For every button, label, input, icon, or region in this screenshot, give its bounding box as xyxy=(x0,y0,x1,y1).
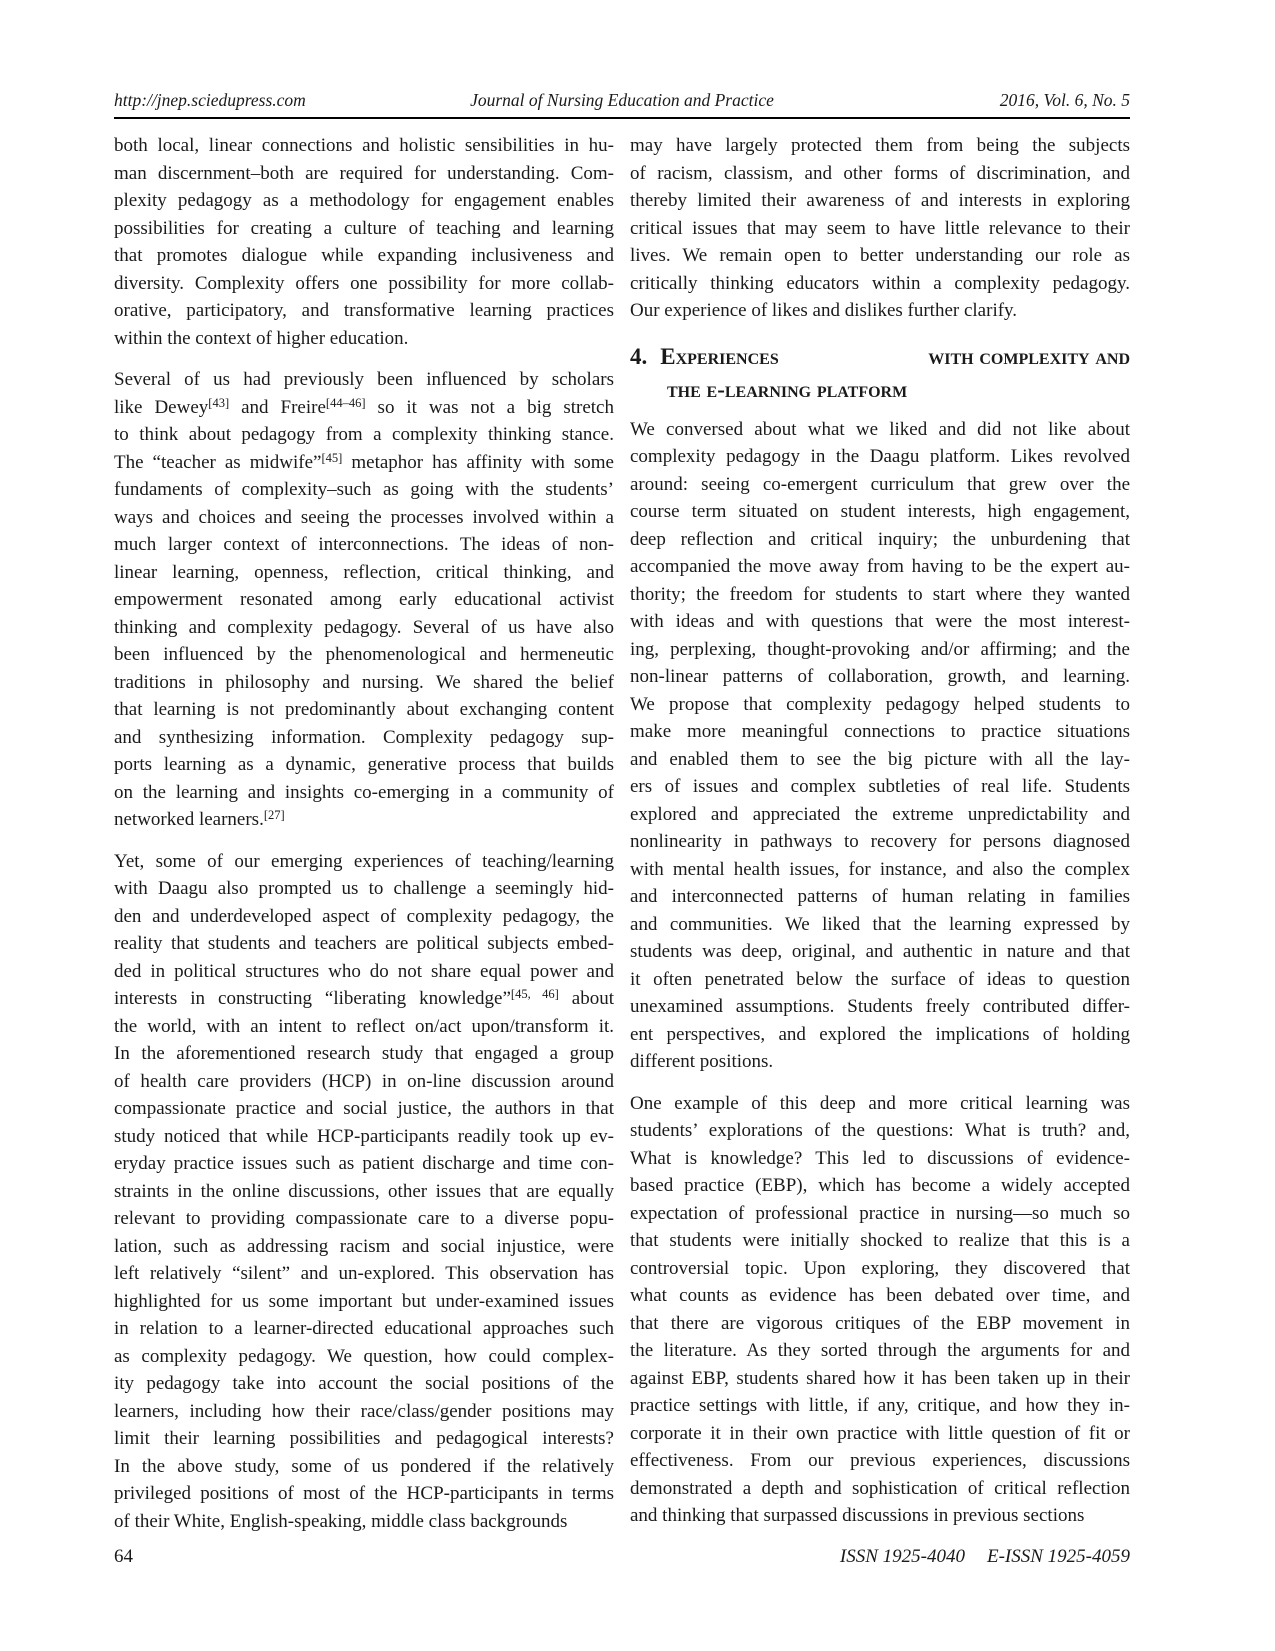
text-line: ing, perplexing, thought-provoking and/o… xyxy=(630,636,1130,664)
text-line: corporate it in their own practice with … xyxy=(630,1420,1130,1448)
column-right: may have largely protected them from bei… xyxy=(630,132,1130,1535)
footer-issn: ISSN 1925-4040 xyxy=(840,1546,965,1567)
text-line: to think about pedagogy from a complexit… xyxy=(114,421,614,449)
text-line: demonstrated a depth and sophistication … xyxy=(630,1475,1130,1503)
text-line: limit their learning possibilities and p… xyxy=(114,1425,614,1453)
text-line: We propose that complexity pedagogy help… xyxy=(630,691,1130,719)
paragraph: both local, linear connections and holis… xyxy=(114,132,614,352)
text-line: much larger context of interconnections.… xyxy=(114,531,614,559)
text-line: traditions in philosophy and nursing. We… xyxy=(114,669,614,697)
text-line: expectation of professional practice in … xyxy=(630,1200,1130,1228)
footer-eissn: E-ISSN 1925-4059 xyxy=(987,1546,1130,1567)
document-page: http://jnep.sciedupress.com Journal of N… xyxy=(0,0,1275,1651)
text-line: with ideas and with questions that were … xyxy=(630,608,1130,636)
text-line: interests in constructing “liberating kn… xyxy=(114,985,614,1013)
text-line: reality that students and teachers are p… xyxy=(114,930,614,958)
text-line: In the aforementioned research study tha… xyxy=(114,1040,614,1068)
paragraph: One example of this deep and more critic… xyxy=(630,1090,1130,1530)
text-line: controversial topic. Upon exploring, the… xyxy=(630,1255,1130,1283)
section-number: 4. xyxy=(630,340,647,373)
footer-issn-group: ISSN 1925-4040E-ISSN 1925-4059 xyxy=(840,1546,1130,1568)
text-line: within the context of higher education. xyxy=(114,325,614,353)
page-footer: 64 ISSN 1925-4040E-ISSN 1925-4059 xyxy=(114,1546,1130,1568)
text-line: based practice (EBP), which has become a… xyxy=(630,1172,1130,1200)
text-line: of racism, classism, and other forms of … xyxy=(630,160,1130,188)
text-line: den and underdeveloped aspect of complex… xyxy=(114,903,614,931)
text-line: study noticed that while HCP-participant… xyxy=(114,1123,614,1151)
text-line: that promotes dialogue while expanding i… xyxy=(114,242,614,270)
paragraph: Yet, some of our emerging experiences of… xyxy=(114,848,614,1536)
text-line: been influenced by the phenomenological … xyxy=(114,641,614,669)
text-line: The “teacher as midwife”[45] metaphor ha… xyxy=(114,449,614,477)
text-line: in relation to a learner-directed educat… xyxy=(114,1315,614,1343)
text-line: different positions. xyxy=(630,1048,1130,1076)
text-line: of health care providers (HCP) in on-lin… xyxy=(114,1068,614,1096)
text-line: that students were initially shocked to … xyxy=(630,1227,1130,1255)
text-line: make more meaningful connections to prac… xyxy=(630,718,1130,746)
text-line: nonlinearity in pathways to recovery for… xyxy=(630,828,1130,856)
text-line: and thinking that surpassed discussions … xyxy=(630,1502,1130,1530)
text-line: complexity pedagogy in the Daagu platfor… xyxy=(630,443,1130,471)
text-line: that learning is not predominantly about… xyxy=(114,696,614,724)
text-line: the literature. As they sorted through t… xyxy=(630,1337,1130,1365)
text-line: plexity pedagogy as a methodology for en… xyxy=(114,187,614,215)
text-line: students’ explorations of the questions:… xyxy=(630,1117,1130,1145)
section-title-start: Experiences xyxy=(660,340,778,373)
text-line: We conversed about what we liked and did… xyxy=(630,416,1130,444)
text-line: non-linear patterns of collaboration, gr… xyxy=(630,663,1130,691)
text-line: highlighted for us some important but un… xyxy=(114,1288,614,1316)
text-line: on the learning and insights co-emerging… xyxy=(114,779,614,807)
text-line: the world, with an intent to reflect on/… xyxy=(114,1013,614,1041)
section-title-rest: with complexity and xyxy=(928,340,1130,373)
text-line: What is knowledge? This led to discussio… xyxy=(630,1145,1130,1173)
text-line: unexamined assumptions. Students freely … xyxy=(630,993,1130,1021)
text-line: learners, including how their race/class… xyxy=(114,1398,614,1426)
text-line: In the above study, some of us pondered … xyxy=(114,1453,614,1481)
paragraph: Several of us had previously been influe… xyxy=(114,366,614,834)
section-heading: 4.Experienceswith complexity andthe e-le… xyxy=(630,340,1130,406)
page-header: http://jnep.sciedupress.com Journal of N… xyxy=(114,0,1130,110)
header-journal-name: Journal of Nursing Education and Practic… xyxy=(470,90,774,110)
header-issue-info: 2016, Vol. 6, No. 5 xyxy=(1000,90,1130,110)
text-line: fundaments of complexity–such as going w… xyxy=(114,476,614,504)
text-line: Yet, some of our emerging experiences of… xyxy=(114,848,614,876)
text-line: with Daagu also prompted us to challenge… xyxy=(114,875,614,903)
text-line: and interconnected patterns of human rel… xyxy=(630,883,1130,911)
text-line: practice settings with little, if any, c… xyxy=(630,1392,1130,1420)
text-line: it often penetrated below the surface of… xyxy=(630,966,1130,994)
text-line: critical issues that may seem to have li… xyxy=(630,215,1130,243)
text-line: One example of this deep and more critic… xyxy=(630,1090,1130,1118)
text-line: orative, participatory, and transformati… xyxy=(114,297,614,325)
text-line: left relatively “silent” and un-explored… xyxy=(114,1260,614,1288)
text-line: Our experience of likes and dislikes fur… xyxy=(630,297,1130,325)
page-number: 64 xyxy=(114,1546,133,1568)
text-line: both local, linear connections and holis… xyxy=(114,132,614,160)
text-line: that there are vigorous critiques of the… xyxy=(630,1310,1130,1338)
column-left: both local, linear connections and holis… xyxy=(114,132,614,1535)
text-line: relevant to providing compassionate care… xyxy=(114,1205,614,1233)
text-line: thereby limited their awareness of and i… xyxy=(630,187,1130,215)
text-line: straints in the online discussions, othe… xyxy=(114,1178,614,1206)
text-line: compassionate practice and social justic… xyxy=(114,1095,614,1123)
text-line: deep reflection and critical inquiry; th… xyxy=(630,526,1130,554)
text-line: accompanied the move away from having to… xyxy=(630,553,1130,581)
header-journal-url: http://jnep.sciedupress.com xyxy=(114,90,306,110)
text-line: lives. We remain open to better understa… xyxy=(630,242,1130,270)
text-line: eryday practice issues such as patient d… xyxy=(114,1150,614,1178)
text-line: around: seeing co-emergent curriculum th… xyxy=(630,471,1130,499)
text-line: may have largely protected them from bei… xyxy=(630,132,1130,160)
paragraph: We conversed about what we liked and did… xyxy=(630,416,1130,1076)
text-line: against EBP, students shared how it has … xyxy=(630,1365,1130,1393)
paragraph: may have largely protected them from bei… xyxy=(630,132,1130,325)
page-content: http://jnep.sciedupress.com Journal of N… xyxy=(114,0,1130,1568)
section-heading-line1: 4.Experienceswith complexity and xyxy=(630,340,1130,373)
text-line: empowerment resonated among early educat… xyxy=(114,586,614,614)
text-line: what counts as evidence has been debated… xyxy=(630,1282,1130,1310)
text-line: with mental health issues, for instance,… xyxy=(630,856,1130,884)
text-line: thority; the freedom for students to sta… xyxy=(630,581,1130,609)
text-line: and synthesizing information. Complexity… xyxy=(114,724,614,752)
text-line: as complexity pedagogy. We question, how… xyxy=(114,1343,614,1371)
body-columns: both local, linear connections and holis… xyxy=(114,132,1130,1535)
text-line: explored and appreciated the extreme unp… xyxy=(630,801,1130,829)
text-line: ent perspectives, and explored the impli… xyxy=(630,1021,1130,1049)
text-line: and enabled them to see the big picture … xyxy=(630,746,1130,774)
text-line: lation, such as addressing racism and so… xyxy=(114,1233,614,1261)
text-line: ports learning as a dynamic, generative … xyxy=(114,751,614,779)
text-line: ers of issues and complex subtleties of … xyxy=(630,773,1130,801)
text-line: ded in political structures who do not s… xyxy=(114,958,614,986)
text-line: networked learners.[27] xyxy=(114,806,614,834)
text-line: diversity. Complexity offers one possibi… xyxy=(114,270,614,298)
text-line: and communities. We liked that the learn… xyxy=(630,911,1130,939)
text-line: students was deep, original, and authent… xyxy=(630,938,1130,966)
header-rule xyxy=(114,117,1130,119)
text-line: thinking and complexity pedagogy. Severa… xyxy=(114,614,614,642)
text-line: Several of us had previously been influe… xyxy=(114,366,614,394)
text-line: possibilities for creating a culture of … xyxy=(114,215,614,243)
text-line: privileged positions of most of the HCP-… xyxy=(114,1480,614,1508)
text-line: ity pedagogy take into account the socia… xyxy=(114,1370,614,1398)
text-line: effectiveness. From our previous experie… xyxy=(630,1447,1130,1475)
text-line: of their White, English-speaking, middle… xyxy=(114,1508,614,1536)
text-line: like Dewey[43] and Freire[44–46] so it w… xyxy=(114,394,614,422)
text-line: man discernment–both are required for un… xyxy=(114,160,614,188)
text-line: course term situated on student interest… xyxy=(630,498,1130,526)
section-title-line2: the e-learning platform xyxy=(630,373,1130,406)
text-line: ways and choices and seeing the processe… xyxy=(114,504,614,532)
text-line: linear learning, openness, reflection, c… xyxy=(114,559,614,587)
text-line: critically thinking educators within a c… xyxy=(630,270,1130,298)
